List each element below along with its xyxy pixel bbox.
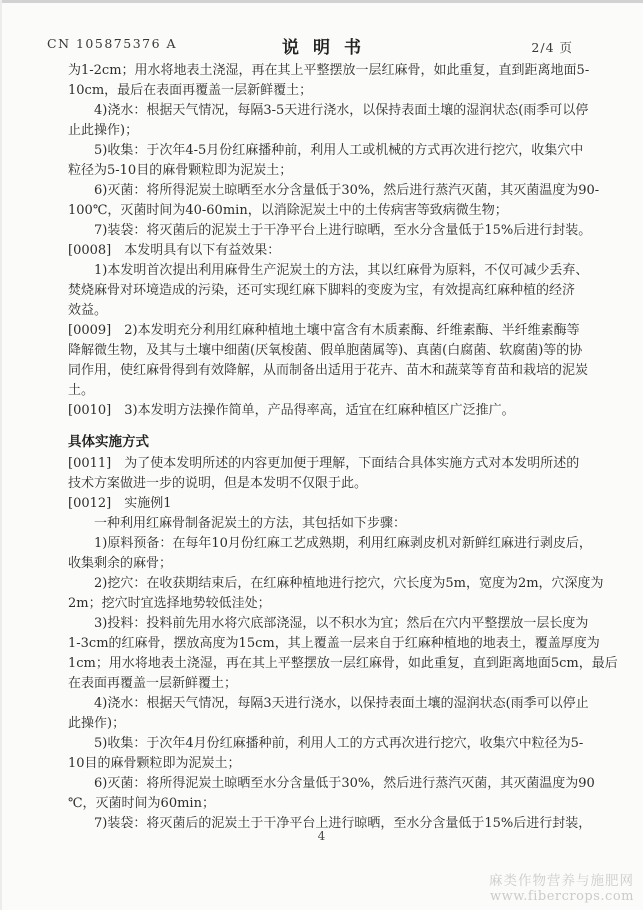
text-line: 一种利用红麻骨制备泥炭土的方法，其包括如下步骤： xyxy=(68,514,628,534)
page-indicator: 2/4 页 xyxy=(531,38,573,56)
paragraph-0009: [0009] 2)本发明充分利用红麻种植地土壤中富含有木质素酶、纤维素酶、半纤维… xyxy=(68,321,628,341)
text-line: 同作用，使红麻骨得到有效降解，从而制备出适用于花卉、苗木和蔬菜等育苗和栽培的泥炭 xyxy=(68,361,628,381)
text-line: 降解微生物，及其与土壤中细菌(厌氧梭菌、假单胞菌属等)、真菌(白腐菌、软腐菌)等… xyxy=(68,341,628,361)
text-line: 10cm，最后在表面再覆盖一层新鲜覆土； xyxy=(68,81,628,101)
text-line: 4)浇水：根据天气情况，每隔3-5天进行浇水，以保持表面土壤的湿润状态(雨季可以… xyxy=(68,101,628,121)
text-line: 粒径为5-10目的麻骨颗粒即为泥炭土； xyxy=(68,161,628,181)
watermark: 麻类作物营养与施肥网 www.fibercrops.com xyxy=(489,873,634,905)
document-body: 为1-2cm；用水将地表土浇湿，再在其上平整摆放一层红麻骨，如此重复，直到距离地… xyxy=(68,61,628,834)
text-line: 7)装袋：将灭菌后的泥炭土于干净平台上进行晾晒，至水分含量低于15%后进行封装。 xyxy=(68,221,628,241)
text-line: 5)收集：于次年4月份红麻播种前，利用人工的方式再次进行挖穴，收集穴中粒径为5- xyxy=(68,734,628,754)
text-line: 土。 xyxy=(68,381,628,401)
text-line: 在表面再覆盖一层新鲜覆土； xyxy=(68,674,628,694)
scan-edge-left xyxy=(0,0,2,910)
paragraph-0008: [0008] 本发明具有以下有益效果： xyxy=(68,241,628,261)
text-line: 此操作)； xyxy=(68,714,628,734)
paragraph-0010: [0010] 3)本发明方法操作简单，产品得率高，适宜在红麻种植区广泛推广。 xyxy=(68,401,628,421)
text-line: 2)挖穴：在收获期结束后，在红麻种植地进行挖穴，穴长度为5m，宽度为2m，穴深度… xyxy=(68,574,628,594)
patent-specification-page: CN 105875376 A 说明书 2/4 页 为1-2cm；用水将地表土浇湿… xyxy=(0,0,643,910)
text-line: 1)本发明首次提出利用麻骨生产泥炭土的方法，其以红麻骨为原料，不仅可减少丢弃、 xyxy=(68,261,628,281)
text-line: 5)收集：于次年4-5月份红麻播种前，利用人工或机械的方式再次进行挖穴，收集穴中 xyxy=(68,141,628,161)
page-number: 4 xyxy=(0,829,643,843)
text-line: 4)浇水：根据天气情况，每隔3天进行浇水，以保持表面土壤的湿润状态(雨季可以停止 xyxy=(68,694,628,714)
text-line: 6)灭菌：将所得泥炭土晾晒至水分含量低于30%，然后进行蒸汽灭菌，其灭菌温度为9… xyxy=(68,181,628,201)
text-line: 2m；挖穴时宜选择地势较低洼处； xyxy=(68,594,628,614)
page-header: CN 105875376 A 说明书 2/4 页 xyxy=(42,33,601,55)
text-line: ℃，灭菌时间为60min； xyxy=(68,794,628,814)
text-line: 为1-2cm；用水将地表土浇湿，再在其上平整摆放一层红麻骨，如此重复，直到距离地… xyxy=(68,61,628,81)
section-heading: 具体实施方式 xyxy=(68,432,628,452)
watermark-site-url: www.fibercrops.com xyxy=(489,889,634,905)
scan-edge-top xyxy=(0,0,643,3)
page-title: 说明书 xyxy=(42,33,601,58)
text-line: 收集剩余的麻骨； xyxy=(68,554,628,574)
text-line: 100℃，灭菌时间为40-60min，以消除泥炭土中的土传病害等致病微生物； xyxy=(68,201,628,221)
text-line: 1)原料预备：在每年10月份红麻工艺成熟期，利用红麻剥皮机对新鲜红麻进行剥皮后， xyxy=(68,534,628,554)
text-line: 1-3cm的红麻骨，摆放高度为15cm，其上覆盖一层来自于红麻种植地的地表土，覆… xyxy=(68,634,628,654)
text-line: 效益。 xyxy=(68,301,628,321)
text-line: 1cm；用水将地表土浇湿，再在其上平整摆放一层红麻骨，如此重复，直到距离地面5c… xyxy=(68,654,628,674)
text-line: 技术方案做进一步的说明，但是本发明不仅限于此。 xyxy=(68,474,628,494)
text-line: 止此操作)； xyxy=(68,121,628,141)
paragraph-0011: [0011] 为了使本发明所述的内容更加便于理解，下面结合具体实施方式对本发明所… xyxy=(68,454,628,474)
text-line: 6)灭菌：将所得泥炭土晾晒至水分含量低于30%，然后进行蒸汽灭菌，其灭菌温度为9… xyxy=(68,774,628,794)
text-line: 3)投料：投料前先用水将穴底部浇湿，以不积水为宜；然后在穴内平整摆放一层长度为 xyxy=(68,614,628,634)
watermark-site-name: 麻类作物营养与施肥网 xyxy=(489,873,634,889)
header-rule xyxy=(42,56,601,58)
text-line: 10目的麻骨颗粒即为泥炭土； xyxy=(68,754,628,774)
text-line: 焚烧麻骨对环境造成的污染，还可实现红麻下脚料的变废为宝，有效提高红麻种植的经济 xyxy=(68,281,628,301)
paragraph-0012: [0012] 实施例1 xyxy=(68,494,628,514)
